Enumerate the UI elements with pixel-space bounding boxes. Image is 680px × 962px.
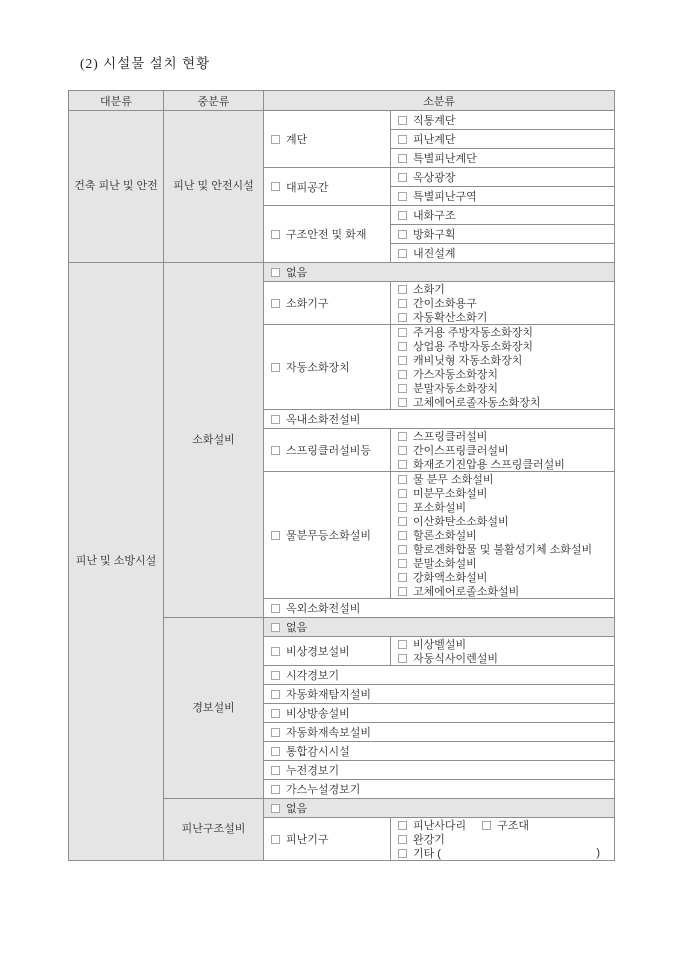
item-label: 자동화재속보설비 xyxy=(286,724,371,740)
checkbox-icon[interactable] xyxy=(398,835,407,844)
checkbox-icon[interactable] xyxy=(271,531,280,540)
fullwidth-item-leakage-alarm: 누전경보기 xyxy=(264,761,615,780)
checkbox-item: 내화구조 xyxy=(391,208,614,222)
checkbox-icon[interactable] xyxy=(398,328,407,337)
item-cell: 특별피난구역 xyxy=(391,187,615,206)
fullwidth-item-auto-fire-report: 자동화재속보설비 xyxy=(264,723,615,742)
checkbox-icon[interactable] xyxy=(398,531,407,540)
checkbox-icon[interactable] xyxy=(271,446,280,455)
table-row: 건축 피난 및 안전 피난 및 안전시설 계단 직통계단 xyxy=(69,111,615,130)
checkbox-icon[interactable] xyxy=(398,370,407,379)
checkbox-icon[interactable] xyxy=(398,489,407,498)
group-cell-structural-fire: 구조안전 및 화재 xyxy=(264,206,391,263)
none-row-extinguishing: 없음 xyxy=(264,263,615,282)
item-label: 피난계단 xyxy=(413,131,456,147)
group-cell-auto-extinguishing: 자동소화장치 xyxy=(264,325,391,410)
middle-cell-alarm: 경보설비 xyxy=(164,618,264,799)
checkbox-item: 미분무소화설비 xyxy=(391,486,614,500)
group-cell-stairs: 계단 xyxy=(264,111,391,168)
item-label: 자동식사이렌설비 xyxy=(413,650,498,666)
checkbox-icon[interactable] xyxy=(271,623,280,632)
checkbox-item: 특별피난구역 xyxy=(391,189,614,203)
group-label: 스프링클러설비등 xyxy=(286,442,371,458)
none-row-alarm: 없음 xyxy=(264,618,615,637)
item-label: 비상방송설비 xyxy=(286,705,350,721)
checkbox-icon[interactable] xyxy=(398,573,407,582)
checkbox-icon[interactable] xyxy=(271,747,280,756)
checkbox-item: 대피공간 xyxy=(264,180,390,194)
fullwidth-item-fire-detection: 자동화재탐지설비 xyxy=(264,685,615,704)
document-page: (2) 시설물 설치 현황 대분류 중분류 소분류 건축 피난 및 안전 피난 … xyxy=(0,0,680,962)
checkbox-icon[interactable] xyxy=(398,342,407,351)
item-label: 화재조기진압용 스프링클러설비 xyxy=(413,456,565,472)
fullwidth-item-outdoor-hydrant: 옥외소화전설비 xyxy=(264,599,615,618)
checkbox-item: 고체에어로졸자동소화장치 xyxy=(391,395,614,409)
checkbox-item: 비상경보설비 xyxy=(264,644,390,658)
checkbox-item: 옥상광장 xyxy=(391,170,614,184)
checkbox-item: 피난계단 xyxy=(391,132,614,146)
fullwidth-item-integrated-monitoring: 통합감시시설 xyxy=(264,742,615,761)
checkbox-icon[interactable] xyxy=(271,647,280,656)
item-label: 누전경보기 xyxy=(286,762,339,778)
checkbox-icon[interactable] xyxy=(398,154,407,163)
checkbox-item: 기타 ( ) xyxy=(391,846,614,860)
checkbox-item: 자동화재속보설비 xyxy=(264,725,614,739)
item-label: 가스누설경보기 xyxy=(286,781,360,797)
item-label: 없음 xyxy=(286,264,307,280)
checkbox-icon[interactable] xyxy=(398,356,407,365)
item-label: 내화구조 xyxy=(413,207,456,223)
item-label: 내진설계 xyxy=(413,245,456,261)
checkbox-item: 할로겐화합물 및 불활성기체 소화설비 xyxy=(391,542,614,556)
item-label: 옥내소화전설비 xyxy=(286,411,360,427)
group-label: 물분무등소화설비 xyxy=(286,527,371,543)
checkbox-icon[interactable] xyxy=(398,517,407,526)
checkbox-icon[interactable] xyxy=(398,587,407,596)
checkbox-item: 비상벨설비 xyxy=(391,637,614,651)
checkbox-icon[interactable] xyxy=(398,460,407,469)
checkbox-item: 자동식사이렌설비 xyxy=(391,651,614,665)
group-cell-water-mist: 물분무등소화설비 xyxy=(264,472,391,599)
group-cell-sprinkler: 스프링클러설비등 xyxy=(264,429,391,472)
checkbox-icon[interactable] xyxy=(398,821,407,830)
checkbox-icon[interactable] xyxy=(271,709,280,718)
item-label: 옥상광장 xyxy=(413,169,456,185)
checkbox-item: 가스자동소화장치 xyxy=(391,367,614,381)
checkbox-item: 상업용 주방자동소화장치 xyxy=(391,339,614,353)
checkbox-icon[interactable] xyxy=(271,690,280,699)
checkbox-icon[interactable] xyxy=(271,766,280,775)
checkbox-item: 계단 xyxy=(264,132,390,146)
checkbox-icon[interactable] xyxy=(271,182,280,191)
none-row-evac: 없음 xyxy=(264,799,615,818)
checkbox-item: 가스누설경보기 xyxy=(264,782,614,796)
checkbox-item: 자동확산소화기 xyxy=(391,310,614,324)
checkbox-item: 완강기 xyxy=(391,832,614,846)
group-cell-refuge-space: 대피공간 xyxy=(264,168,391,206)
checkbox-item: 옥내소화전설비 xyxy=(264,412,614,426)
checkbox-icon[interactable] xyxy=(271,299,280,308)
checkbox-item: 소화기 xyxy=(391,282,614,296)
checkbox-icon[interactable] xyxy=(398,299,407,308)
table-row: 피난 및 소방시설 소화설비 없음 xyxy=(69,263,615,282)
checkbox-icon[interactable] xyxy=(271,604,280,613)
group-cell-emergency-alarm: 비상경보설비 xyxy=(264,637,391,666)
item-list-cell: 물 분무 소화설비 미분무소화설비 포소화설비 이산화탄소소화설비 할론소화설비… xyxy=(391,472,615,599)
checkbox-item: 옥외소화전설비 xyxy=(264,601,614,615)
item-label: 통합감시시설 xyxy=(286,743,350,759)
checkbox-icon[interactable] xyxy=(398,211,407,220)
section-title: (2) 시설물 설치 현황 xyxy=(80,52,210,72)
checkbox-icon[interactable] xyxy=(271,230,280,239)
checkbox-icon[interactable] xyxy=(398,545,407,554)
checkbox-item: 통합감시시설 xyxy=(264,744,614,758)
group-label: 비상경보설비 xyxy=(286,643,350,659)
checkbox-icon[interactable] xyxy=(271,835,280,844)
item-label: 없음 xyxy=(286,619,307,635)
checkbox-icon[interactable] xyxy=(398,432,407,441)
checkbox-icon[interactable] xyxy=(271,728,280,737)
item-label: 없음 xyxy=(286,800,307,816)
checkbox-item: 포소화설비 xyxy=(391,500,614,514)
checkbox-item: 자동화재탐지설비 xyxy=(264,687,614,701)
item-label: 방화구획 xyxy=(413,226,456,242)
checkbox-icon[interactable] xyxy=(271,671,280,680)
checkbox-icon[interactable] xyxy=(398,192,407,201)
checkbox-item: 물 분무 소화설비 xyxy=(391,472,614,486)
checkbox-item: 할론소화설비 xyxy=(391,528,614,542)
checkbox-item: 누전경보기 xyxy=(264,763,614,777)
checkbox-icon[interactable] xyxy=(398,249,407,258)
checkbox-icon[interactable] xyxy=(398,285,407,294)
item-label: 자동확산소화기 xyxy=(413,309,487,325)
checkbox-item: 없음 xyxy=(264,265,614,279)
checkbox-icon[interactable] xyxy=(398,384,407,393)
col-header-major: 대분류 xyxy=(69,91,164,111)
item-label: 특별피난계단 xyxy=(413,150,477,166)
checkbox-icon[interactable] xyxy=(482,821,491,830)
checkbox-item: 피난기구 xyxy=(264,832,390,846)
major-cell-building-safety: 건축 피난 및 안전 xyxy=(69,111,164,263)
group-label: 대피공간 xyxy=(286,179,329,195)
checkbox-item: 비상방송설비 xyxy=(264,706,614,720)
col-header-minor: 소분류 xyxy=(264,91,615,111)
checkbox-icon[interactable] xyxy=(271,804,280,813)
middle-cell-evac-rescue: 피난구조설비 xyxy=(164,799,264,861)
checkbox-item: 이산화탄소소화설비 xyxy=(391,514,614,528)
checkbox-icon[interactable] xyxy=(271,785,280,794)
checkbox-icon[interactable] xyxy=(398,116,407,125)
checkbox-item: 간이소화용구 xyxy=(391,296,614,310)
group-label: 소화기구 xyxy=(286,295,329,311)
item-label: 고체에어로졸소화설비 xyxy=(413,583,519,599)
checkbox-icon[interactable] xyxy=(398,503,407,512)
facility-install-table: 대분류 중분류 소분류 건축 피난 및 안전 피난 및 안전시설 계단 직통계단… xyxy=(68,90,615,861)
checkbox-item: 물분무등소화설비 xyxy=(264,528,390,542)
item-cell: 피난계단 xyxy=(391,130,615,149)
item-list-cell: 소화기 간이소화용구 자동확산소화기 xyxy=(391,282,615,325)
checkbox-item: 주거용 주방자동소화장치 xyxy=(391,325,614,339)
checkbox-icon[interactable] xyxy=(398,640,407,649)
checkbox-item: 없음 xyxy=(264,801,614,815)
item-label: 옥외소화전설비 xyxy=(286,600,360,616)
checkbox-icon[interactable] xyxy=(271,363,280,372)
checkbox-icon[interactable] xyxy=(398,313,407,322)
checkbox-icon[interactable] xyxy=(398,135,407,144)
checkbox-item: 강화액소화설비 xyxy=(391,570,614,584)
fullwidth-item-visual-alarm: 시각경보기 xyxy=(264,666,615,685)
col-header-middle: 중분류 xyxy=(164,91,264,111)
checkbox-item: 소화기구 xyxy=(264,296,390,310)
checkbox-icon[interactable] xyxy=(398,230,407,239)
item-label: 기타 ( xyxy=(413,845,441,861)
checkbox-item: 스프링클러설비 xyxy=(391,429,614,443)
checkbox-item: 구조안전 및 화재 xyxy=(264,227,390,241)
item-label: 특별피난구역 xyxy=(413,188,477,204)
item-cell: 방화구획 xyxy=(391,225,615,244)
item-list-cell: 주거용 주방자동소화장치 상업용 주방자동소화장치 캐비닛형 자동소화장치 가스… xyxy=(391,325,615,410)
checkbox-icon[interactable] xyxy=(398,559,407,568)
checkbox-item: 캐비닛형 자동소화장치 xyxy=(391,353,614,367)
checkbox-icon[interactable] xyxy=(398,446,407,455)
group-label: 자동소화장치 xyxy=(286,359,350,375)
item-list-cell: 스프링클러설비 간이스프링클러설비 화재조기진압용 스프링클러설비 xyxy=(391,429,615,472)
checkbox-item: 시각경보기 xyxy=(264,668,614,682)
group-cell-extinguisher-tools: 소화기구 xyxy=(264,282,391,325)
item-cell: 직통계단 xyxy=(391,111,615,130)
group-cell-evac-equipment: 피난기구 xyxy=(264,818,391,861)
group-label: 구조안전 및 화재 xyxy=(286,226,367,242)
checkbox-item: 화재조기진압용 스프링클러설비 xyxy=(391,457,614,471)
etc-close-paren: ) xyxy=(596,847,614,859)
middle-cell-extinguishing: 소화설비 xyxy=(164,263,264,618)
group-label: 피난기구 xyxy=(286,831,329,847)
item-label: 직통계단 xyxy=(413,112,456,128)
checkbox-item: 특별피난계단 xyxy=(391,151,614,165)
fullwidth-item-emergency-broadcast: 비상방송설비 xyxy=(264,704,615,723)
item-cell: 옥상광장 xyxy=(391,168,615,187)
checkbox-item: 스프링클러설비등 xyxy=(264,443,390,457)
checkbox-item: 자동소화장치 xyxy=(264,360,390,374)
checkbox-icon[interactable] xyxy=(271,268,280,277)
checkbox-icon[interactable] xyxy=(398,173,407,182)
item-cell: 특별피난계단 xyxy=(391,149,615,168)
middle-cell-evac-safety-facility: 피난 및 안전시설 xyxy=(164,111,264,263)
checkbox-item: 내진설계 xyxy=(391,246,614,260)
item-label: 시각경보기 xyxy=(286,667,339,683)
checkbox-icon[interactable] xyxy=(398,849,407,858)
item-cell: 내화구조 xyxy=(391,206,615,225)
checkbox-item: 방화구획 xyxy=(391,227,614,241)
checkbox-icon[interactable] xyxy=(398,654,407,663)
checkbox-icon[interactable] xyxy=(398,398,407,407)
fullwidth-item-indoor-hydrant: 옥내소화전설비 xyxy=(264,410,615,429)
major-cell-evac-firefighting: 피난 및 소방시설 xyxy=(69,263,164,861)
checkbox-item: 간이스프링클러설비 xyxy=(391,443,614,457)
item-list-cell: 비상벨설비 자동식사이렌설비 xyxy=(391,637,615,666)
item-cell: 내진설계 xyxy=(391,244,615,263)
checkbox-icon[interactable] xyxy=(398,475,407,484)
item-list-cell: 피난사다리 구조대 완강기 기타 ( ) xyxy=(391,818,615,861)
checkbox-item: 고체에어로졸소화설비 xyxy=(391,584,614,598)
checkbox-item: 직통계단 xyxy=(391,113,614,127)
checkbox-icon[interactable] xyxy=(271,415,280,424)
checkbox-icon[interactable] xyxy=(271,135,280,144)
checkbox-item: 없음 xyxy=(264,620,614,634)
fullwidth-item-gas-leak-alarm: 가스누설경보기 xyxy=(264,780,615,799)
group-label: 계단 xyxy=(286,131,307,147)
checkbox-item: 분말자동소화장치 xyxy=(391,381,614,395)
item-label: 자동화재탐지설비 xyxy=(286,686,371,702)
item-label: 구조대 xyxy=(497,817,529,833)
item-label: 고체에어로졸자동소화장치 xyxy=(413,394,541,410)
checkbox-item: 분말소화설비 xyxy=(391,556,614,570)
checkbox-item: 피난사다리 구조대 xyxy=(391,818,614,832)
table-header-row: 대분류 중분류 소분류 xyxy=(69,91,615,111)
